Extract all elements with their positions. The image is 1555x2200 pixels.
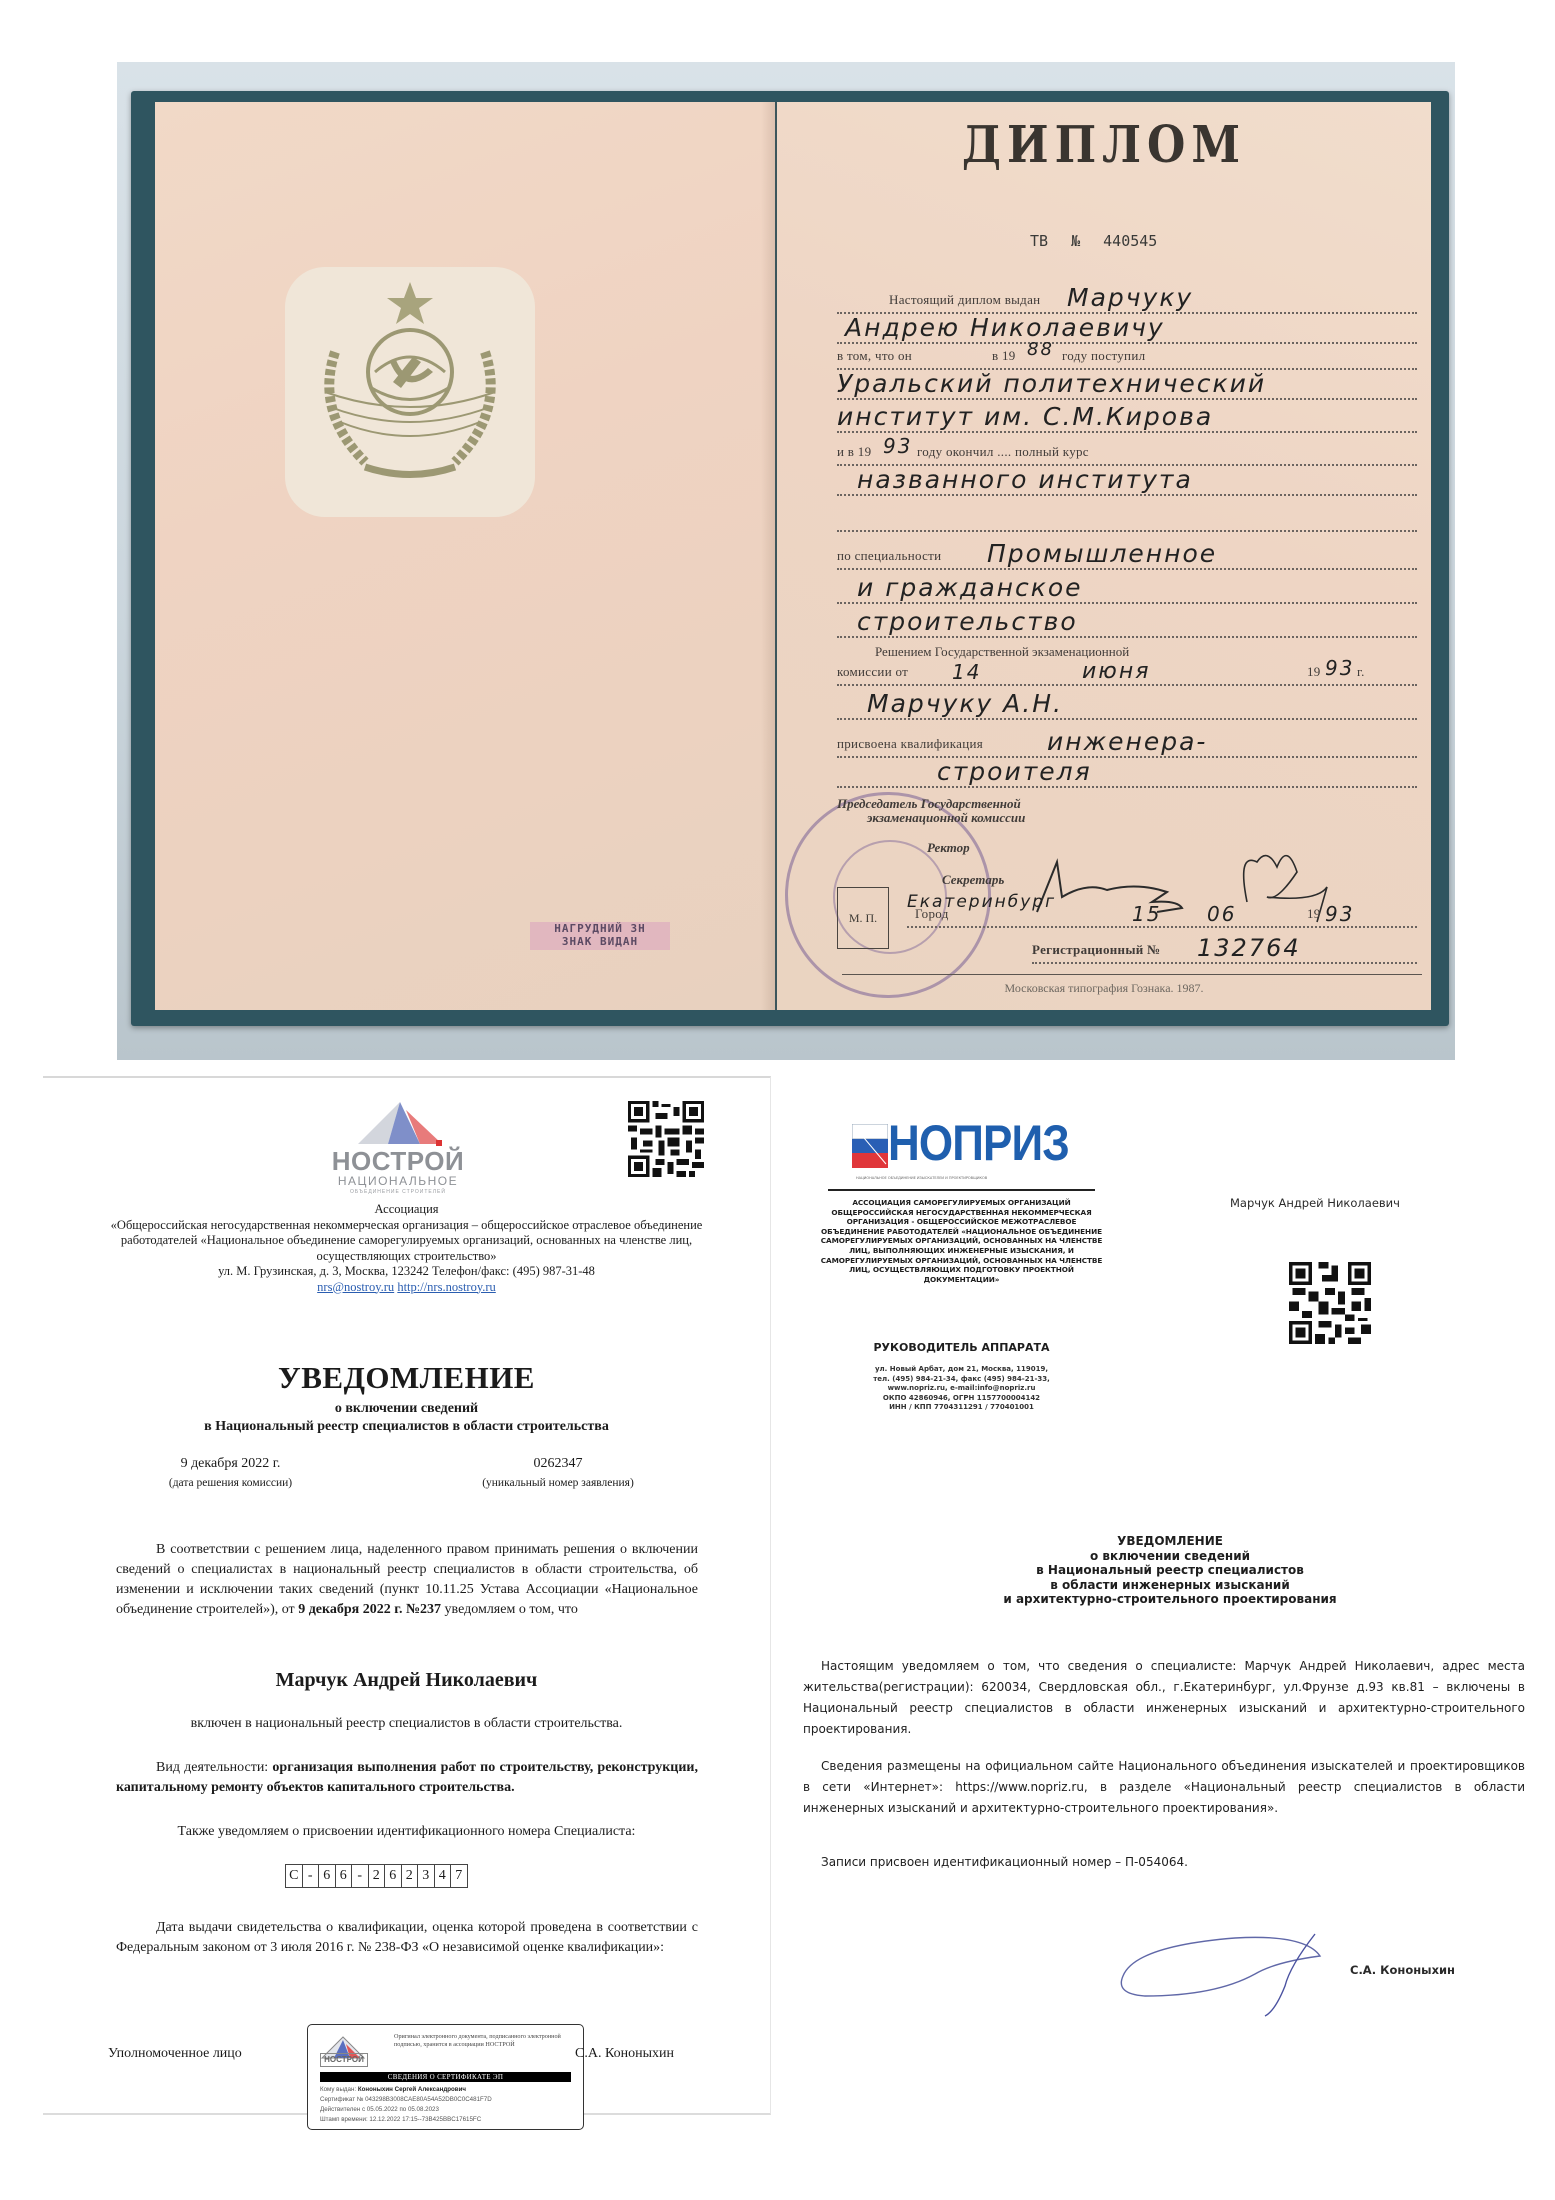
nopriz-paragraph-2: Сведения размещены на официальном сайте … <box>803 1756 1525 1819</box>
qualification-line2: строителя <box>837 752 1417 788</box>
mp-box: М. П. <box>837 887 889 949</box>
e-signature-certificate: НОСТРОЙ Оригинал электронного документа,… <box>307 2024 584 2130</box>
id-cell: 6 <box>336 1865 353 1887</box>
website-link[interactable]: http://nrs.nostroy.ru <box>397 1280 496 1294</box>
diploma-title: ДИПЛОМ <box>777 116 1431 175</box>
issue-date-line: Город Екатеринбург 15 06 19 93 <box>907 892 1417 928</box>
qualification-block: Дата выдачи свидетельства о квалификации… <box>116 1918 698 1958</box>
activity-block: Вид деятельности: организация выполнения… <box>116 1758 698 1798</box>
title-line: о включении сведений <box>800 1549 1540 1564</box>
recipient-short-line: Марчуку А.Н. <box>837 684 1417 720</box>
title-line: УВЕДОМЛЕНИЕ <box>800 1534 1540 1549</box>
id-cell: 2 <box>369 1865 386 1887</box>
notice-body: В соответствии с решением лица, наделенн… <box>116 1540 698 1620</box>
id-cell: 6 <box>385 1865 402 1887</box>
left-stamp: НАГРУДНИЙ ЗН ЗНАК ВИДАН <box>530 922 670 950</box>
id-cell: 4 <box>435 1865 452 1887</box>
id-cell: - <box>352 1865 369 1887</box>
specialty-line2: и гражданское <box>837 568 1417 604</box>
diploma-serial: ТВ № 440545 <box>1030 232 1157 250</box>
commission-line: комиссии от 14 июня 19 93 г. <box>837 650 1417 686</box>
diploma-cover: НАГРУДНИЙ ЗН ЗНАК ВИДАН ДИПЛОМ ТВ № 4405… <box>131 91 1449 1026</box>
email-link[interactable]: nrs@nostroy.ru <box>317 1280 394 1294</box>
blank-line <box>837 496 1417 532</box>
specialty-line3: строительство <box>837 602 1417 638</box>
nopriz-brand: НОПРИЗ <box>888 1114 1069 1172</box>
specialty-line1: по специальности Промышленное <box>837 534 1417 570</box>
contact-line: ОКПО 42860946, ОГРН 1157700004142 <box>820 1394 1103 1404</box>
nostroy-header: Ассоциация «Общероссийская негосударстве… <box>73 1202 740 1295</box>
nopriz-flag-icon <box>852 1124 888 1168</box>
id-cell: С <box>286 1865 303 1887</box>
id-cell: - <box>303 1865 320 1887</box>
notice-subtitle: о включении сведений в Национальный реес… <box>43 1400 770 1436</box>
decision-date-block: 9 декабря 2022 г. (дата решения комиссии… <box>143 1454 318 1493</box>
nopriz-notice: НОПРИЗ НАЦИОНАЛЬНОЕ ОБЪЕДИНЕНИЕ ИЗЫСКАТЕ… <box>800 1076 1540 2111</box>
nopriz-org-name: АССОЦИАЦИЯ САМОРЕГУЛИРУЕМЫХ ОРГАНИЗАЦИЙ … <box>820 1198 1103 1284</box>
reg-number-line: Регистрационный № 132764 <box>1032 928 1417 964</box>
nopriz-notice-title: УВЕДОМЛЕНИЕо включении сведенийв Национа… <box>800 1534 1540 1607</box>
contact-line: ИНН / КПП 7704311291 / 770401001 <box>820 1403 1103 1413</box>
recipient-name: Марчук Андрей Николаевич <box>1230 1196 1400 1210</box>
qr-code-icon <box>628 1100 704 1178</box>
specialist-id-cells: С-66-262347 <box>285 1864 468 1888</box>
id-cell: 2 <box>402 1865 419 1887</box>
institution-line1: Уральский политехнический <box>837 364 1417 400</box>
diploma-photo: НАГРУДНИЙ ЗН ЗНАК ВИДАН ДИПЛОМ ТВ № 4405… <box>117 62 1455 1060</box>
course-line: названного института <box>837 460 1417 496</box>
id-cell: 6 <box>319 1865 336 1887</box>
nopriz-paragraph-3: Записи присвоен идентификационный номер … <box>803 1852 1525 1873</box>
title-line: в Национальный реестр специалистов <box>800 1563 1540 1578</box>
nostroy-roof-icon <box>358 1100 443 1146</box>
notice-title: УВЕДОМЛЕНИЕ <box>43 1360 770 1396</box>
nostroy-logo: НОСТРОЙ НАЦИОНАЛЬНОЕ ОБЪЕДИНЕНИЕ СТРОИТЕ… <box>328 1100 468 1190</box>
contact-line: www.nopriz.ru, e-mail:info@nopriz.ru <box>820 1384 1103 1394</box>
contact-line: тел. (495) 984-21-34, факс (495) 984-21-… <box>820 1375 1103 1385</box>
title-line: в области инженерных изысканий <box>800 1578 1540 1593</box>
application-number-block: 0262347 (уникальный номер заявления) <box>453 1454 663 1493</box>
qr-code-icon <box>1289 1262 1371 1344</box>
title-line: и архитектурно-строительного проектирова… <box>800 1592 1540 1607</box>
institution-line2: институт им. С.М.Кирова <box>837 397 1417 433</box>
id-cell: 3 <box>418 1865 435 1887</box>
diploma-left-page: НАГРУДНИЙ ЗН ЗНАК ВИДАН <box>155 102 775 1010</box>
ussr-emblem-icon <box>295 272 525 502</box>
nostroy-notice: НОСТРОЙ НАЦИОНАЛЬНОЕ ОБЪЕДИНЕНИЕ СТРОИТЕ… <box>43 1076 771 2115</box>
contact-line: ул. Новый Арбат, дом 21, Москва, 119019, <box>820 1365 1103 1375</box>
diploma-right-page: ДИПЛОМ ТВ № 440545 Настоящий диплом выда… <box>777 102 1431 1010</box>
id-cell: 7 <box>451 1865 467 1887</box>
nopriz-department: РУКОВОДИТЕЛЬ АППАРАТА <box>820 1341 1103 1354</box>
person-name: Марчук Андрей Николаевич <box>43 1669 770 1692</box>
signature-icon <box>1115 1916 1340 2021</box>
nopriz-contacts: ул. Новый Арбат, дом 21, Москва, 119019,… <box>820 1365 1103 1413</box>
nopriz-paragraph-1: Настоящим уведомляем о том, что сведения… <box>803 1656 1525 1740</box>
